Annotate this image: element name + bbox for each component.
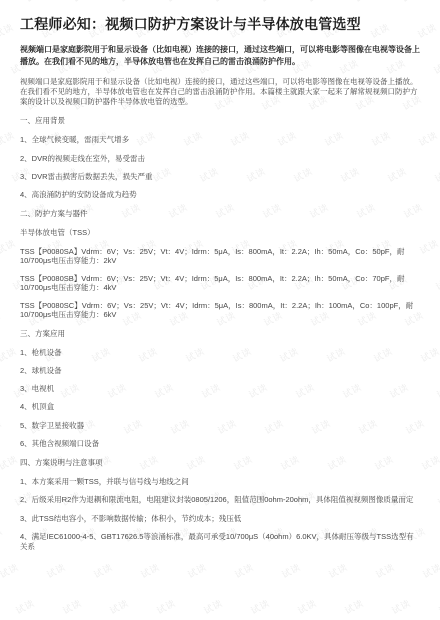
list-item: 3、此TSS结电容小，不影响数据传输；体积小，节约成本；残压低 (20, 514, 420, 524)
section-heading-notes: 四、方案说明与注意事项 (20, 457, 420, 468)
intro-paragraph-detail: 视频端口是家庭影院用于和显示设备（比如电视）连接的接口，通过这些端口，可以将电影… (20, 77, 420, 106)
list-item: 1、全球气候变暖，雷雨天气增多 (20, 135, 420, 145)
list-item: 3、电视机 (20, 384, 420, 394)
tss-spec: TSS【P0080SC】Vdrm：6V；Vs：25V；Vt：4V；Idrm：5μ… (20, 301, 420, 321)
list-item: 2、DVR的视频走线在室外，易受雷击 (20, 154, 420, 164)
list-item: 4、满足IEC61000-4-5、GBT17626.5等浪涌标准，最高可承受10… (20, 532, 420, 552)
document-page: 工程师必知：视频口防护方案设计与半导体放电管选型 视频端口是家庭影院用于和显示设… (0, 0, 440, 620)
section-heading-background: 一、应用背景 (20, 115, 420, 126)
list-item: 3、DVR雷击损害后数据丢失，损失严重 (20, 172, 420, 182)
intro-paragraph-bold: 视频端口是家庭影院用于和显示设备（比如电视）连接的接口，通过这些端口，可以将电影… (20, 44, 420, 68)
list-item: 2、后级采用R2作为退耦和限流电阻，电阻建议封装0805/1206，阻值范围0o… (20, 495, 420, 505)
tss-subheading: 半导体放电管（TSS） (20, 228, 420, 238)
list-item: 2、球机设备 (20, 366, 420, 376)
list-item: 5、数字卫星接收器 (20, 421, 420, 431)
list-item: 4、高浪涌防护的安防设备成为趋势 (20, 190, 420, 200)
section-heading-devices: 二、防护方案与器件 (20, 208, 420, 219)
list-item: 1、枪机设备 (20, 348, 420, 358)
list-item: 1、本方案采用一颗TSS，并联与信号线与地线之间 (20, 477, 420, 487)
list-item: 4、机顶盒 (20, 402, 420, 412)
list-item: 6、其他含视频端口设备 (20, 439, 420, 449)
section-heading-application: 三、方案应用 (20, 328, 420, 339)
tss-spec: TSS【P0080SA】Vdrm：6V；Vs：25V；Vt：4V；Idrm：5μ… (20, 247, 420, 267)
tss-spec: TSS【P0080SB】Vdrm：6V；Vs：25V；Vt：4V；Idrm：5μ… (20, 274, 420, 294)
page-title: 工程师必知：视频口防护方案设计与半导体放电管选型 (20, 14, 420, 34)
